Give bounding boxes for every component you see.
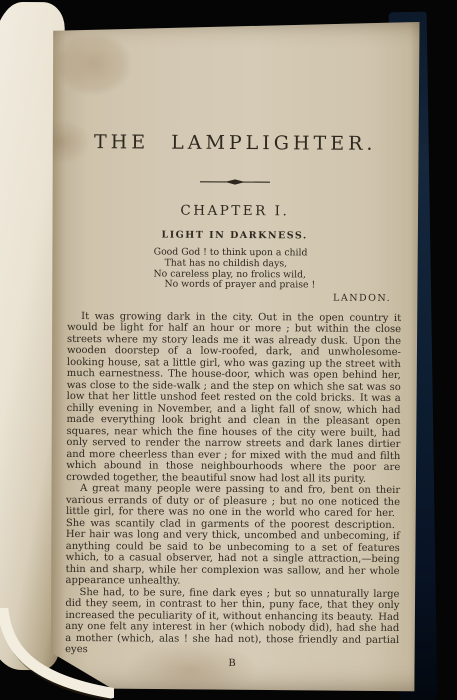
epigraph-line: No words of prayer and praise ! [153,280,315,292]
divider-ornament [199,178,271,186]
section-heading: LIGHT IN DARKNESS. [68,229,402,242]
epigraph-attribution: LANDON. [153,293,391,305]
book-photo: THE LAMPLIGHTER. CHAPTER I. LIGHT IN DAR… [0,0,457,700]
book-page: THE LAMPLIGHTER. CHAPTER I. LIGHT IN DAR… [51,22,421,694]
signature-mark: B [65,657,399,670]
book-title: THE LAMPLIGHTER. [68,131,402,155]
paragraph: She had, to be sure, fine dark eyes ; bu… [65,587,399,658]
page-content: THE LAMPLIGHTER. CHAPTER I. LIGHT IN DAR… [49,21,423,670]
chapter-heading: CHAPTER I. [68,202,402,220]
paragraph: A great many people were passing to and … [66,483,401,589]
page-curl-highlight [0,608,114,700]
paragraph: It was growing dark in the city. Out in … [66,311,401,486]
epigraph: Good God ! to think upon a child That ha… [153,247,315,304]
